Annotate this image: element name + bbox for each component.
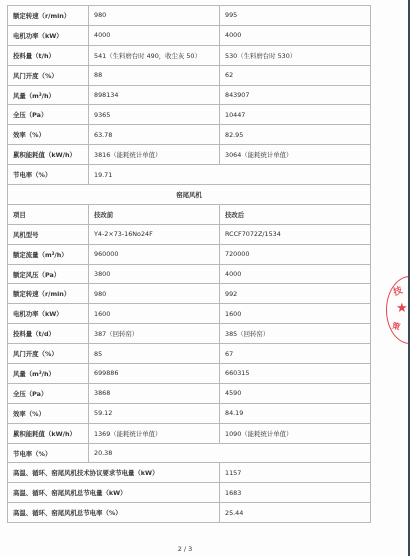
row-label: 额定转速（r/min）	[8, 284, 89, 304]
row-label: 风门开度（%）	[8, 65, 89, 85]
summary-label: 高温、循环、窑尾风机总节电量（kW）	[8, 483, 220, 503]
table-row: 额定风压（Pa） 3800 4000	[8, 264, 371, 284]
before-value: 387（回转窑）	[89, 324, 220, 344]
after-value: 530（生料磨台时 530）	[220, 45, 371, 65]
after-value: 62	[220, 65, 371, 85]
before-value: 1600	[89, 304, 220, 324]
summary-row: 高温、循环、窑尾风机技术协议要求节电量（kW） 1157	[8, 463, 371, 483]
saving-rate-row: 节电率（%） 20.38	[8, 443, 371, 463]
saving-rate-value: 20.38	[89, 443, 371, 463]
after-value: RCCF7072Z/1534	[220, 224, 371, 244]
header-item: 项目	[8, 204, 89, 224]
after-value: 67	[220, 344, 371, 364]
row-label: 累积能耗值（kW/h）	[8, 423, 89, 443]
after-value: 82.95	[220, 125, 371, 145]
table-row: 风门开度（%） 85 67	[8, 344, 371, 364]
before-value: Y4-2×73-16No24F	[89, 224, 220, 244]
row-label: 全压（Pa）	[8, 383, 89, 403]
before-value: 88	[89, 65, 220, 85]
table-row: 电机功率（kW） 1600 1600	[8, 304, 371, 324]
table-row: 电机功率（kW） 4000 4000	[8, 25, 371, 45]
page-number: 2 / 3	[0, 545, 370, 553]
row-label: 投料量（t/d）	[8, 324, 89, 344]
summary-label: 高温、循环、窑尾风机技术协议要求节电量（kW）	[8, 463, 220, 483]
summary-row: 高温、循环、窑尾风机总节电量（kW） 1683	[8, 483, 371, 503]
after-value: 843907	[220, 85, 371, 105]
after-value: 4000	[220, 264, 371, 284]
after-value: 4590	[220, 383, 371, 403]
before-value: 85	[89, 344, 220, 364]
row-label: 额定风压（Pa）	[8, 264, 89, 284]
label-text: /h）	[42, 370, 55, 378]
label-text: 额定流量（m	[13, 251, 52, 259]
star-icon: ★	[396, 301, 408, 316]
table-row: 效率（%） 59.12 84.19	[8, 403, 371, 423]
before-value: 3800	[89, 264, 220, 284]
after-value: 720000	[220, 244, 371, 264]
saving-rate-row: 节电率（%） 19.71	[8, 165, 371, 185]
section-header-row: 窑尾风机	[8, 185, 371, 205]
after-value: 4000	[220, 25, 371, 45]
table-row: 额定转速（r/min） 980 995	[8, 6, 371, 26]
label-text: 风量（m	[13, 92, 39, 100]
table-row: 风门开度（%） 88 62	[8, 65, 371, 85]
before-value: 898134	[89, 85, 220, 105]
before-value: 960000	[89, 244, 220, 264]
row-label: 节电率（%）	[8, 443, 89, 463]
before-value: 4000	[89, 25, 220, 45]
table-row: 效率（%） 63.78 82.95	[8, 125, 371, 145]
table-row: 风机型号 Y4-2×73-16No24F RCCF7072Z/1534	[8, 224, 371, 244]
row-label: 额定流量（m3/h）	[8, 244, 89, 264]
table-row: 风量（m3/h） 699886 660315	[8, 364, 371, 384]
summary-label: 高温、循环、窑尾风机总节电率（%）	[8, 503, 220, 523]
after-value: 3064（能耗统计单值）	[220, 145, 371, 165]
after-value: 385（回转窑）	[220, 324, 371, 344]
row-label: 风机型号	[8, 224, 89, 244]
row-label: 电机功率（kW）	[8, 304, 89, 324]
row-label: 效率（%）	[8, 403, 89, 423]
label-text: 风量（m	[13, 370, 39, 378]
header-after: 技改后	[220, 204, 371, 224]
after-value: 995	[220, 6, 371, 26]
summary-row: 高温、循环、窑尾风机总节电率（%） 25.44	[8, 503, 371, 523]
row-label: 额定转速（r/min）	[8, 6, 89, 26]
document-page: 额定转速（r/min） 980 995 电机功率（kW） 4000 4000 投…	[0, 0, 408, 556]
section-title: 窑尾风机	[8, 185, 371, 205]
column-header-row: 项目 技改前 技改后	[8, 204, 371, 224]
summary-value: 1683	[220, 483, 371, 503]
table-row: 累积能耗值（kW/h） 1369（能耗统计单值） 1090（能耗统计单值）	[8, 423, 371, 443]
table-row: 累积能耗值（kW/h） 3816（能耗统计单值） 3064（能耗统计单值）	[8, 145, 371, 165]
before-value: 1369（能耗统计单值）	[89, 423, 220, 443]
label-text: /h）	[54, 251, 67, 259]
before-value: 699886	[89, 364, 220, 384]
summary-value: 25.44	[220, 503, 371, 523]
before-value: 3816（能耗统计单值）	[89, 145, 220, 165]
before-value: 59.12	[89, 403, 220, 423]
table-row: 额定转速（r/min） 980 992	[8, 284, 371, 304]
row-label: 效率（%）	[8, 125, 89, 145]
row-label: 累积能耗值（kW/h）	[8, 145, 89, 165]
before-value: 980	[89, 284, 220, 304]
table-row: 投料量（t/h） 541（生料磨台时 490，收尘灰 50） 530（生料磨台时…	[8, 45, 371, 65]
table-row: 投料量（t/d） 387（回转窑） 385（回转窑）	[8, 324, 371, 344]
summary-value: 1157	[220, 463, 371, 483]
before-value: 3868	[89, 383, 220, 403]
after-value: 1090（能耗统计单值）	[220, 423, 371, 443]
row-label: 电机功率（kW）	[8, 25, 89, 45]
after-value: 84.19	[220, 403, 371, 423]
row-label: 风量（m3/h）	[8, 85, 89, 105]
row-label: 风量（m3/h）	[8, 364, 89, 384]
before-value: 541（生料磨台时 490，收尘灰 50）	[89, 45, 220, 65]
row-label: 节电率（%）	[8, 165, 89, 185]
table-row: 风量（m3/h） 898134 843907	[8, 85, 371, 105]
row-label: 风门开度（%）	[8, 344, 89, 364]
before-value: 980	[89, 6, 220, 26]
saving-rate-value: 19.71	[89, 165, 371, 185]
row-label: 投料量（t/h）	[8, 45, 89, 65]
table-row: 额定流量（m3/h） 960000 720000	[8, 244, 371, 264]
after-value: 992	[220, 284, 371, 304]
stamp-text: 策	[391, 320, 402, 333]
stamp-text: 技	[391, 283, 404, 298]
label-text: /h）	[42, 92, 55, 100]
row-label: 全压（Pa）	[8, 105, 89, 125]
official-seal-stamp: 技 ★ 策	[386, 276, 410, 344]
fan-comparison-table: 额定转速（r/min） 980 995 电机功率（kW） 4000 4000 投…	[7, 5, 371, 523]
after-value: 10447	[220, 105, 371, 125]
after-value: 1600	[220, 304, 371, 324]
table-row: 全压（Pa） 3868 4590	[8, 383, 371, 403]
before-value: 63.78	[89, 125, 220, 145]
table-row: 全压（Pa） 9365 10447	[8, 105, 371, 125]
header-before: 技改前	[89, 204, 220, 224]
after-value: 660315	[220, 364, 371, 384]
before-value: 9365	[89, 105, 220, 125]
